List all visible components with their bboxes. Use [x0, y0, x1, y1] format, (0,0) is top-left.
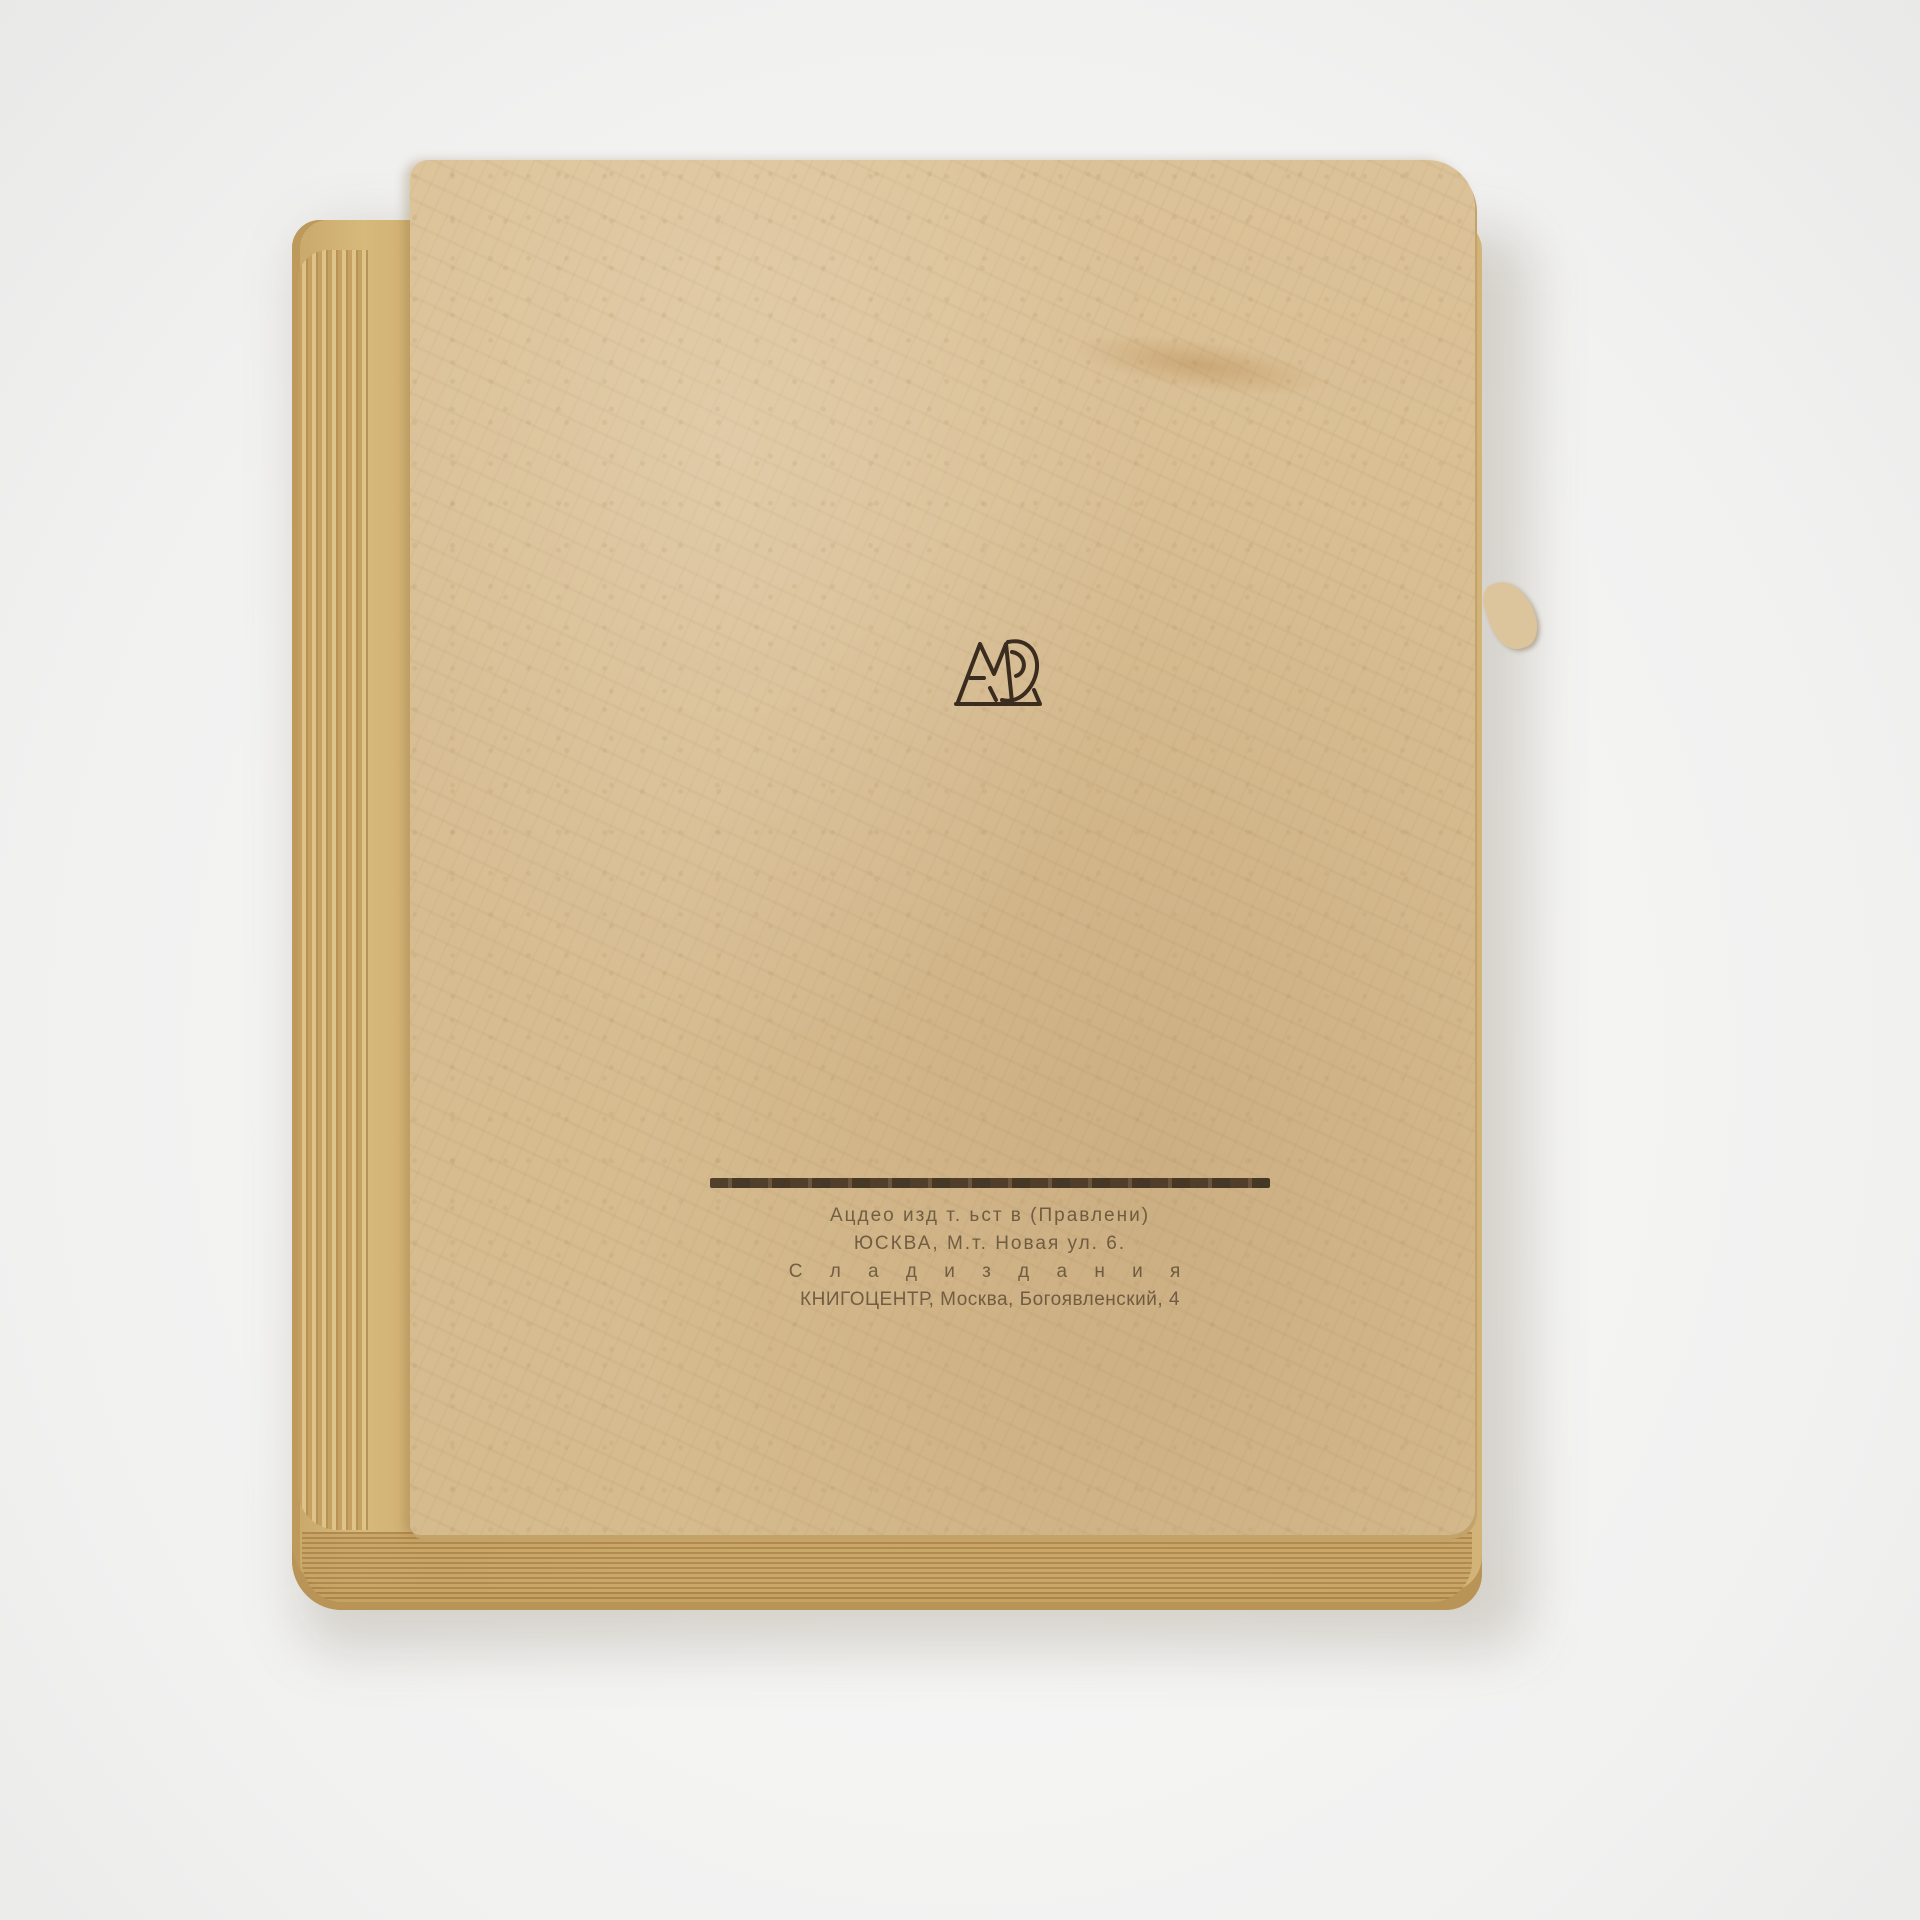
imprint-warehouse-heading: С л а д и з д а н и я: [710, 1258, 1270, 1286]
back-cover: Ацдео изд т. ьст в (Правлени) ЮСКВА, М.т…: [410, 160, 1475, 1535]
imprint-warehouse-address: КНИГОЦЕНТР, Москва, Богоявленский, 4: [710, 1286, 1270, 1314]
publisher-imprint: Ацдео изд т. ьст в (Правлени) ЮСКВА, М.т…: [710, 1178, 1270, 1314]
photo-scene: Ацдео изд т. ьст в (Правлени) ЮСКВА, М.т…: [0, 0, 1920, 1920]
imprint-address-line: ЮСКВА, М.т. Новая ул. 6.: [710, 1230, 1270, 1258]
publisher-monogram-icon: [950, 630, 1050, 710]
decorative-rule: [710, 1178, 1270, 1188]
imprint-publisher-line: Ацдео изд т. ьст в (Правлени): [710, 1202, 1270, 1230]
stain-mark: [1068, 322, 1332, 408]
